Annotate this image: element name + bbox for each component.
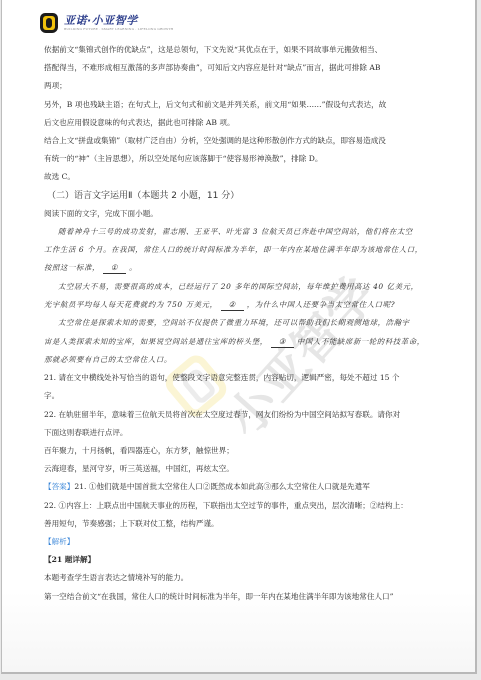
passage-text: 中国人不能缺席新一轮的科技革命， bbox=[297, 337, 425, 346]
text-line: 结合上文“拼盘或集锦”（取材广泛自由）分析，空处强调的是这种形散创作方式的缺点，… bbox=[44, 132, 440, 150]
question-22-cont: 下面这则春联进行点评。 bbox=[44, 424, 440, 442]
text-line: 依据前文“集锦式创作的优缺点”，这是总领句，下文先说“其优点在于，如果不同故事单… bbox=[44, 41, 440, 59]
passage-line: 太空常住是探索未知的需要，空间站不仅提供了微重力环境，还可以帮助我们长期观测地球… bbox=[44, 314, 440, 332]
passage-line: 按照这一标准， ① 。 bbox=[44, 259, 440, 277]
text-line: 后文也应用假设意味的句式表达，据此也可排除 AB 项。 bbox=[44, 114, 440, 132]
blank-3: ③ bbox=[271, 337, 294, 348]
analysis-tag: 【解析】 bbox=[44, 533, 440, 551]
answer-tag: 【答案】 bbox=[44, 482, 74, 491]
section-title: （二）语言文字运用Ⅱ（本题共 2 小题，11 分） bbox=[44, 187, 440, 205]
passage-line: 光宇航员平均每人每天花费就约为 750 万美元， ② ，为什么中国人还要争当太空… bbox=[44, 296, 440, 314]
passage-line: 宙是人类探索未知的宝库，如果说空间站是通往宝库的桥头堡， ③ 中国人不能缺席新一… bbox=[44, 333, 440, 351]
blank-2: ② bbox=[221, 300, 244, 311]
passage-text: ，为什么中国人还要争当太空常住人口呢? bbox=[247, 300, 395, 309]
answer-22-cont: 善用短句，节奏感强；上下联对仗工整，结构严谨。 bbox=[44, 515, 440, 533]
answer-text: 21. ①他们就是中国首批太空常住人口②既然成本如此高③那么太空常住人口就是先遣… bbox=[74, 482, 369, 491]
answer-22: 22. ①内容上：上联点出中国航天事业的历程，下联指出太空过节的事件，重点突出，… bbox=[44, 497, 440, 515]
text-line: 故选 C。 bbox=[44, 168, 440, 186]
passage-text: 。 bbox=[129, 263, 137, 272]
document-content: 依据前文“集锦式创作的优缺点”，这是总领句，下文先说“其优点在于，如果不同故事单… bbox=[44, 41, 440, 606]
text-line: 另外，B 项也残缺主语；在句式上，后文句式和前文是并列关系，前文用“如果……”假… bbox=[44, 96, 440, 114]
passage-line: 那就必须要有自己的太空常住人口。 bbox=[44, 351, 440, 369]
passage-text: 宙是人类探索未知的宝库，如果说空间站是通往宝库的桥头堡， bbox=[44, 337, 268, 346]
brand-name: 亚诺·小亚智学 bbox=[64, 15, 173, 27]
passage-line: 随着神舟十三号的成功发射，翟志刚、王亚平、叶光富 3 位航天员已奔赴中国空间站，… bbox=[44, 223, 440, 241]
brand: 亚诺·小亚智学 BUILDING FUTURE · SMART LEARNING… bbox=[64, 15, 173, 32]
passage-text: 光宇航员平均每人每天花费就约为 750 万美元， bbox=[44, 300, 218, 309]
answer-21: 【答案】21. ①他们就是中国首批太空常住人口②既然成本如此高③那么太空常住人口… bbox=[44, 478, 440, 496]
couplet-lower: 云海迎春，星河守岁，听三英送福，中国红，再炫太空。 bbox=[44, 460, 440, 478]
page-header: 亚诺·小亚智学 BUILDING FUTURE · SMART LEARNING… bbox=[40, 10, 173, 36]
brand-logo-icon bbox=[40, 12, 60, 34]
explanation-line: 第一空结合前文“在我国，常住人口的统计时间标准为半年，即一年内在某地住满半年即为… bbox=[44, 588, 440, 606]
question-21: 21. 请在文中横线处补写恰当的语句，使整段文字语意完整连贯，内容贴切，逻辑严密… bbox=[44, 369, 440, 387]
passage-line: 工作生活 6 个月。在我国，常住人口的统计时间标准为半年，即一年内在某地住满半年… bbox=[44, 241, 440, 259]
text-line: 搭配得当，不难形成相互激荡的多声部协奏曲”，可知后文内容应是针对“缺点”而言，据… bbox=[44, 59, 440, 77]
text-line: 两项； bbox=[44, 77, 440, 95]
passage-text: 按照这一标准， bbox=[44, 263, 100, 272]
text-line: 有统一的“神”（主旨思想），所以空处尾句应该落脚于“使容易形神涣散”，排除 D。 bbox=[44, 150, 440, 168]
explanation-title: 【21 题详解】 bbox=[44, 551, 440, 569]
question-21-cont: 字。 bbox=[44, 387, 440, 405]
section-instruction: 阅读下面的文字，完成下面小题。 bbox=[44, 205, 440, 223]
passage-line: 太空居大不易，需要很高的成本，已经运行了 20 多年的国际空间站，每年维护费用高… bbox=[44, 278, 440, 296]
couplet-upper: 百年聚力，十月扬帆，看四器连心，东方梦，触惊世界； bbox=[44, 442, 440, 460]
blank-1: ① bbox=[103, 263, 126, 274]
explanation-line: 本题考查学生语言表达之情境补写的能力。 bbox=[44, 569, 440, 587]
document-page: 亚诺·小亚智学 BUILDING FUTURE · SMART LEARNING… bbox=[1, 0, 477, 674]
brand-subtitle: BUILDING FUTURE · SMART LEARNING · LIFEL… bbox=[64, 27, 173, 32]
question-22: 22. 在轨驻留半年，意味着三位航天员将首次在太空度过春节，网友们纷纷为中国空间… bbox=[44, 406, 440, 424]
